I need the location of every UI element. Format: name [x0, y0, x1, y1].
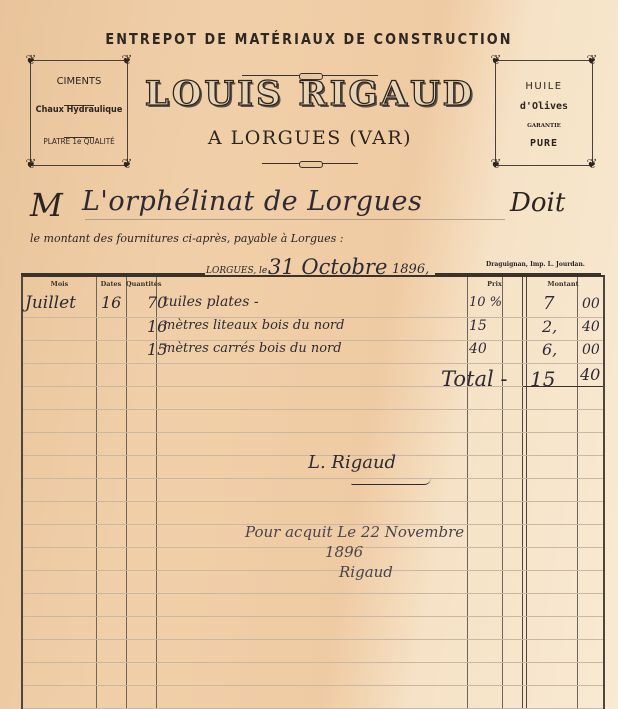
left-advert-box: ❦ ❦ ❦ ❦ CIMENTS Chaux Hydraulique PLATRE…	[30, 60, 128, 166]
row-description: tuiles plates -	[163, 294, 259, 310]
business-category-heading: ENTREPOT DE MATÉRIAUX DE CONSTRUCTION	[15, 30, 602, 48]
header-quantites: Quantités	[126, 280, 156, 288]
row-montant-centimes: 00	[582, 296, 600, 312]
addressee-prefix: M	[30, 186, 63, 224]
olives-label: d'Olives	[496, 101, 592, 112]
total-label: Total -	[441, 367, 507, 391]
merchant-signature: L. Rigaud	[308, 452, 396, 473]
row-description: mètres liteaux bois du nord	[163, 318, 344, 333]
flourish-icon: ❦	[585, 158, 599, 172]
header-dates: Dates	[96, 280, 126, 288]
row-montant-centimes: 00	[582, 342, 600, 358]
header-prix: Prix	[467, 280, 522, 288]
row-montant-francs: 7	[543, 293, 554, 314]
garantie-label: GARANTIE	[496, 123, 592, 129]
flourish-icon: ❦	[489, 158, 503, 172]
ornament-rule	[262, 163, 358, 164]
pure-label: PURE	[496, 138, 592, 149]
addressee-underline	[85, 219, 505, 220]
business-location: A LORGUES (VAR)	[140, 127, 480, 149]
receipt-year: 1896	[325, 543, 363, 561]
flourish-icon: ❦	[585, 54, 599, 68]
row-montant-francs: 2,	[542, 317, 557, 336]
flourish-icon: ❦	[120, 54, 134, 68]
row-montant-centimes: 40	[582, 319, 600, 335]
chaux-label: Chaux Hydraulique	[31, 105, 127, 115]
right-advert-box: ❦ ❦ ❦ ❦ HUILE d'Olives GARANTIE PURE	[495, 60, 593, 166]
invoice-table: Mois Dates Quantités Prix Montant Juille…	[21, 275, 605, 709]
row-mois: Juillet	[25, 293, 76, 313]
row-description: mètres carrés bois du nord	[163, 341, 342, 356]
flourish-icon: ❦	[120, 158, 134, 172]
header-mois: Mois	[23, 280, 96, 288]
row-prix: 10 %	[469, 295, 502, 310]
total-francs: 15	[530, 367, 555, 391]
printer-credit: Draguignan, Imp. L. Jourdan.	[486, 261, 585, 268]
total-centimes: 40	[580, 365, 600, 384]
payable-statement: le montant des fournitures ci-après, pay…	[30, 232, 343, 245]
row-prix: 40	[469, 341, 487, 357]
receipt-line: Pour acquit Le 22 Novembre	[245, 523, 464, 541]
row-prix: 15	[469, 318, 487, 334]
header-montant: Montant	[525, 280, 601, 288]
addressee-name: L'orphélinat de Lorgues	[82, 186, 422, 217]
flourish-icon: ❦	[489, 54, 503, 68]
ciments-label: CIMENTS	[31, 76, 127, 87]
platre-label: PLATRE 1e QUALITÉ	[31, 137, 127, 146]
row-montant-francs: 6,	[542, 340, 557, 359]
receipt-signature: Rigaud	[339, 563, 393, 581]
row-date: 16	[101, 293, 121, 312]
flourish-icon: ❦	[24, 158, 38, 172]
huile-label: HUILE	[496, 81, 592, 92]
signature-flourish	[351, 478, 431, 485]
business-name: LOUIS RIGAUD	[140, 74, 480, 114]
addressee-suffix: Doit	[510, 188, 565, 218]
flourish-icon: ❦	[24, 54, 38, 68]
